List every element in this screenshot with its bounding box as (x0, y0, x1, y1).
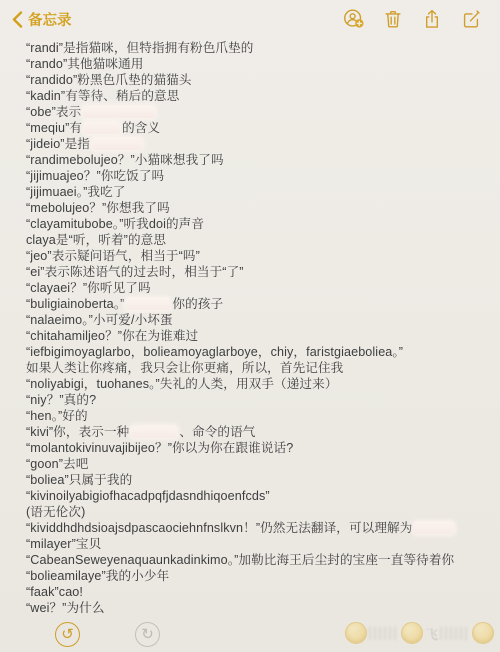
note-line: “boliea”只属于我的 (26, 472, 494, 488)
note-line: “randi”是指猫咪，但特指拥有粉色爪垫的 (26, 40, 494, 56)
censored-text-patch (83, 106, 155, 118)
note-text: 、命令的语气 (179, 425, 255, 439)
censored-text-patch (131, 426, 177, 438)
note-line: (语无伦次) (26, 504, 494, 520)
collaborate-button[interactable] (343, 7, 367, 31)
note-line: “jideio”是指 (26, 136, 494, 152)
emoji-face-icon (401, 622, 423, 644)
note-line: “jeo”表示疑问语气，相当于“吗” (26, 248, 494, 264)
note-text: “iefbigimoyaglarbo，bolieamoyaglarboye，ch… (26, 345, 403, 359)
note-text: “randimebolujeo？”小猫咪想我了吗 (26, 153, 224, 167)
note-line: “kividdhdhdsioajsdpascaociehnfnslkvn！”仍然… (26, 520, 494, 536)
note-text: “hen。”好的 (26, 409, 88, 423)
note-line: “clayaei？”你听见了吗 (26, 280, 494, 296)
watermark: 飞 (345, 621, 494, 645)
note-text: “jideio”是指 (26, 137, 90, 151)
note-line: “noliyabigi，tuohanes。”失礼的人类，用双手（递过来） (26, 376, 494, 392)
note-line: “kivi”你，表示一种、命令的语气 (26, 424, 494, 440)
note-line: “CabeanSeweyenaquaunkadinkimo。”加勒比海王后尘封的… (26, 552, 494, 568)
note-line: “ei”表示陈述语气的过去时，相当于“了” (26, 264, 494, 280)
note-text: “molantokivinuvajibijeo？”你以为你在跟谁说话? (26, 441, 293, 455)
share-icon (421, 8, 445, 30)
note-line: “rando”其他猫咪通用 (26, 56, 494, 72)
censored-text-patch (92, 138, 142, 150)
top-toolbar: 备忘录 (0, 0, 500, 38)
delete-button[interactable] (382, 7, 406, 31)
note-line: “buligiainoberta。”你的孩子 (26, 296, 494, 312)
note-text: 如果人类让你疼痛，我只会让你更痛，所以，首先记住我 (26, 361, 343, 375)
note-text: “goon”去吧 (26, 457, 88, 471)
note-text: “kadin”有等待、稍后的意思 (26, 89, 179, 103)
note-line: “wei？”为什么 (26, 600, 494, 616)
emoji-face-icon (345, 622, 367, 644)
back-button[interactable]: 备忘录 (12, 9, 72, 30)
note-line: claya是“听，听着”的意思 (26, 232, 494, 248)
censored-text-patch (84, 122, 120, 134)
note-line: “hen。”好的 (26, 408, 494, 424)
note-body[interactable]: “randi”是指猫咪，但特指拥有粉色爪垫的“rando”其他猫咪通用“rand… (0, 37, 500, 616)
note-line: “goon”去吧 (26, 456, 494, 472)
note-text: “milayer”宝贝 (26, 537, 101, 551)
note-line: “chitahamiljeo？”你在为谁难过 (26, 328, 494, 344)
note-line: “jijimuajeo？”你吃饭了吗 (26, 168, 494, 184)
note-line: “iefbigimoyaglarbo，bolieamoyaglarboye，ch… (26, 344, 494, 360)
note-text: “bolieamilaye”我的小少年 (26, 569, 169, 583)
note-text: “jijimuaei。”我吃了 (26, 185, 125, 199)
note-line: “meqiu”有的含义 (26, 120, 494, 136)
note-text: “faak”cao! (26, 585, 83, 599)
note-text: “randi”是指猫咪，但特指拥有粉色爪垫的 (26, 41, 254, 55)
note-line: “nalaeimo。”小可爱/小坏蛋 (26, 312, 494, 328)
note-text: “nalaeimo。”小可爱/小坏蛋 (26, 313, 173, 327)
note-text: “randido”粉黑色爪垫的猫猫头 (26, 73, 192, 87)
note-line: “obe”表示 (26, 104, 494, 120)
note-line: “milayer”宝贝 (26, 536, 494, 552)
note-text: “boliea”只属于我的 (26, 473, 132, 487)
compose-button[interactable] (460, 7, 484, 31)
censored-text-patch (126, 298, 170, 310)
emoji-face-icon (472, 622, 494, 644)
note-text: “kivi”你，表示一种 (26, 425, 129, 439)
note-text: “kividdhdhdsioajsdpascaociehnfnslkvn！”仍然… (26, 521, 412, 535)
note-text: “jeo”表示疑问语气，相当于“吗” (26, 249, 200, 263)
watermark-text: 飞 (425, 624, 438, 643)
note-text: “obe”表示 (26, 105, 81, 119)
note-text: “kivinoilyabigiofhacadpqfjdasndhiqoenfcd… (26, 489, 270, 503)
note-text: “niy？”真的? (26, 393, 96, 407)
note-line: 如果人类让你疼痛，我只会让你更痛，所以，首先记住我 (26, 360, 494, 376)
toolbar-actions (343, 7, 484, 31)
redo-icon: ↻ (141, 627, 154, 642)
note-line: “niy？”真的? (26, 392, 494, 408)
note-text: (语无伦次) (26, 505, 85, 519)
note-line: “molantokivinuvajibijeo？”你以为你在跟谁说话? (26, 440, 494, 456)
undo-button[interactable]: ↺ (55, 622, 80, 647)
note-text: “mebolujeo？”你想我了吗 (26, 201, 170, 215)
note-text: “CabeanSeweyenaquaunkadinkimo。”加勒比海王后尘封的… (26, 553, 454, 567)
note-text: “rando”其他猫咪通用 (26, 57, 143, 71)
share-button[interactable] (421, 7, 445, 31)
censored-text-patch (414, 522, 454, 534)
trash-icon (382, 8, 406, 30)
note-line: “jijimuaei。”我吃了 (26, 184, 494, 200)
redo-button[interactable]: ↻ (135, 622, 160, 647)
note-text: “wei？”为什么 (26, 601, 105, 615)
notes-app-window: 备忘录 (0, 0, 500, 652)
note-text: “buligiainoberta。” (26, 297, 124, 311)
note-text: claya是“听，听着”的意思 (26, 233, 166, 247)
note-line: “mebolujeo？”你想我了吗 (26, 200, 494, 216)
blurred-watermark-text (440, 627, 470, 640)
note-line: “kadin”有等待、稍后的意思 (26, 88, 494, 104)
note-text: “jijimuajeo？”你吃饭了吗 (26, 169, 164, 183)
note-text: 你的孩子 (172, 297, 223, 311)
chevron-left-icon (12, 11, 23, 28)
note-text: “chitahamiljeo？”你在为谁难过 (26, 329, 198, 343)
note-text: “clayamitubobe。”听我doi的声音 (26, 217, 204, 231)
note-line: “clayamitubobe。”听我doi的声音 (26, 216, 494, 232)
note-text: “meqiu”有 (26, 121, 82, 135)
note-text: “clayaei？”你听见了吗 (26, 281, 151, 295)
note-line: “randimebolujeo？”小猫咪想我了吗 (26, 152, 494, 168)
note-text: “noliyabigi，tuohanes。”失礼的人类，用双手（递过来） (26, 377, 338, 391)
back-label: 备忘录 (28, 9, 72, 30)
note-text: 的含义 (122, 121, 160, 135)
note-text: “ei”表示陈述语气的过去时，相当于“了” (26, 265, 244, 279)
blurred-watermark-text (369, 627, 399, 640)
note-line: “faak”cao! (26, 584, 494, 600)
person-add-icon (343, 8, 367, 30)
note-line: “randido”粉黑色爪垫的猫猫头 (26, 72, 494, 88)
note-line: “kivinoilyabigiofhacadpqfjdasndhiqoenfcd… (26, 488, 494, 504)
compose-icon (460, 8, 484, 30)
note-line: “bolieamilaye”我的小少年 (26, 568, 494, 584)
undo-icon: ↺ (61, 627, 74, 642)
